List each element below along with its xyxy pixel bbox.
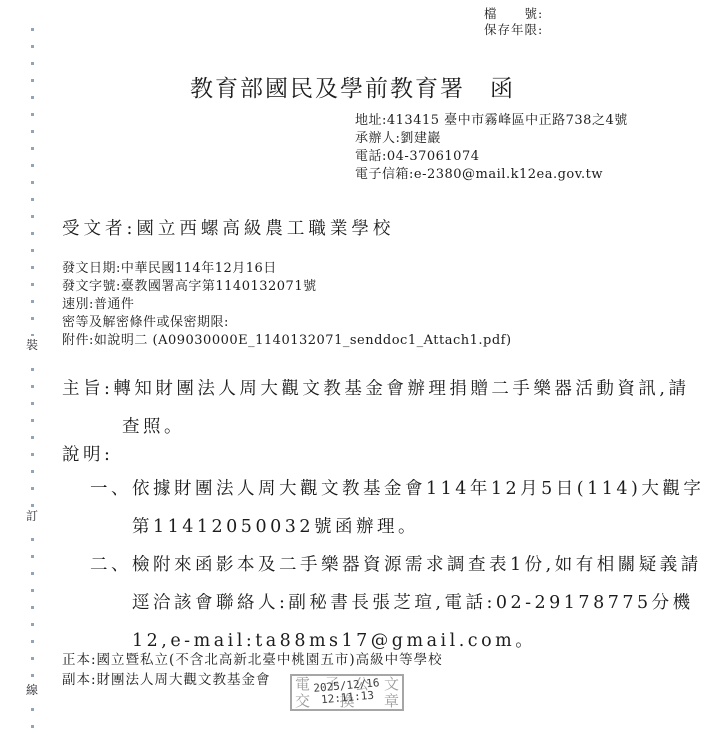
item-number: 一、 (90, 479, 132, 499)
subject-label: 主旨: (62, 379, 113, 399)
speed-class-line: 速別:普通件 (62, 296, 512, 314)
description-label: 說明: (62, 436, 113, 474)
item-text: 依據財團法人周大觀文教基金會114年12月5日(114)大觀字第11412050… (132, 479, 704, 537)
sender-info-block: 地址:413415 臺中市霧峰區中正路738之4號 承辦人:劉建巖 電話:04-… (355, 112, 644, 184)
document-title: 教育部國民及學前教育署 函 (0, 70, 705, 103)
binding-mark-ding: 訂 (25, 507, 39, 525)
original-copy-line: 正本:國立暨私立(不含北高新北臺中桃園五市)高級中等學校 (62, 650, 443, 670)
subject-block: 主旨:轉知財團法人周大觀文教基金會辦理捐贈二手樂器活動資訊,請查照。 (62, 370, 705, 446)
description-item-1: 一、依據財團法人周大觀文教基金會114年12月5日(114)大觀字第114120… (90, 470, 705, 546)
subject-text: 轉知財團法人周大觀文教基金會辦理捐贈二手樂器活動資訊,請查照。 (113, 379, 689, 437)
recipient-line: 受文者:國立西螺高級農工職業學校 (62, 215, 394, 240)
description-item-2: 二、檢附來函影本及二手樂器資源需求調查表1份,如有相關疑義請逕洽該會聯絡人:副秘… (90, 546, 705, 660)
file-number-block: 檔 號: 保存年限: (484, 6, 543, 38)
document-page: 裝 訂 線 檔 號: 保存年限: 教育部國民及學前教育署 函 地址:413415… (0, 0, 705, 741)
binding-mark-zhuang: 裝 (25, 336, 39, 354)
file-number-label: 檔 號: (484, 6, 543, 22)
retention-period-label: 保存年限: (484, 22, 543, 38)
item-number: 二、 (90, 555, 132, 575)
electronic-exchange-stamp: 電 子 公 文 交 換 章 2025/12/16 12:11:13 (290, 674, 404, 711)
attachment-line: 附件:如說明二 (A09030000E_1140132071_senddoc1_… (62, 332, 512, 350)
item-text: 檢附來函影本及二手樂器資源需求調查表1份,如有相關疑義請逕洽該會聯絡人:副秘書長… (132, 555, 702, 651)
sender-email: 電子信箱:e-2380@mail.k12ea.gov.tw (355, 166, 644, 184)
issue-date-line: 發文日期:中華民國114年12月16日 (62, 260, 512, 278)
sender-phone: 電話:04-37061074 (355, 148, 644, 166)
sender-address: 地址:413415 臺中市霧峰區中正路738之4號 (355, 112, 644, 130)
sender-contact-person: 承辦人:劉建巖 (355, 130, 644, 148)
document-meta-block: 發文日期:中華民國114年12月16日 發文字號:臺教國署高字第11401320… (62, 260, 512, 350)
binding-dotted-line (31, 28, 34, 734)
binding-mark-xian: 線 (25, 681, 39, 699)
doc-number-line: 發文字號:臺教國署高字第1140132071號 (62, 278, 512, 296)
security-class-line: 密等及解密條件或保密期限: (62, 314, 512, 332)
